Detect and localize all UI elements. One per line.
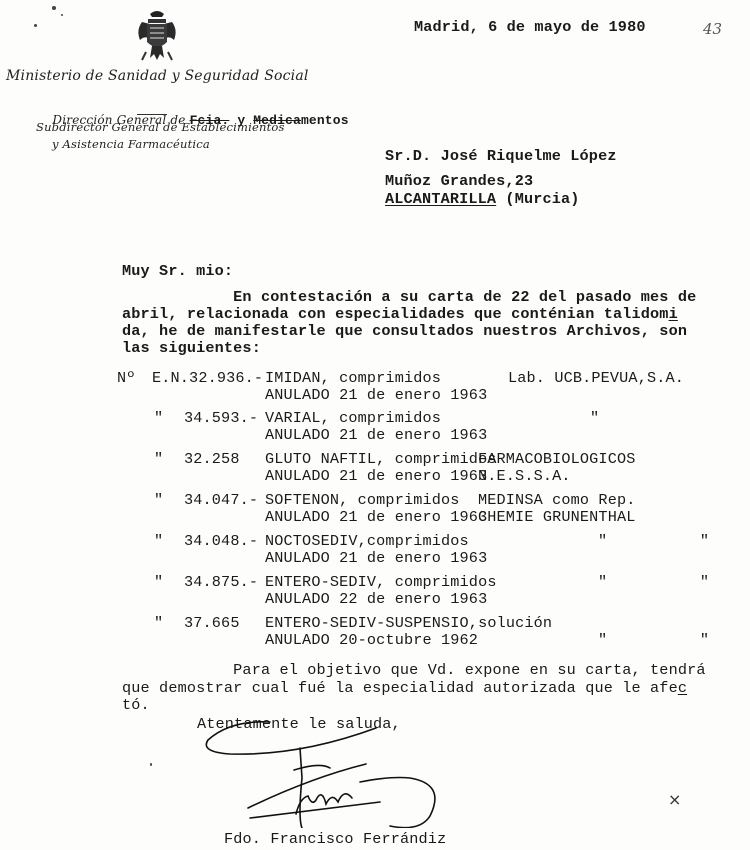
speck: [61, 14, 63, 16]
salutation: Muy Sr. mio:: [122, 263, 233, 280]
registry-status: ANULADO 22 de enero 1963: [265, 591, 487, 608]
ministry-name: Ministerio de Sanidad y Seguridad Social: [6, 68, 309, 84]
recipient-city-line: ALCANTARILLA (Murcia): [385, 191, 580, 208]
registry-product: GLUTO NAFTIL, comprimidos: [265, 451, 497, 468]
closing-line-1: Para el objetivo que Vd. expone en su ca…: [122, 662, 706, 679]
recipient-region: (Murcia): [496, 190, 579, 208]
registry-product: IMIDAN, comprimidos: [265, 370, 441, 387]
registry-status: ANULADO 21 de enero 1963: [265, 509, 487, 526]
registry-prefix: Nº: [117, 370, 136, 387]
registry-status: ANULADO 21 de enero 1963: [265, 387, 487, 404]
date-line: Madrid, 6 de mayo de 1980: [414, 19, 646, 36]
registry-lab-line-2: CHEMIE GRUNENTHAL: [478, 509, 636, 526]
recipient-street: Muñoz Grandes,23: [385, 173, 533, 190]
registry-product: ENTERO-SEDIV-SUSPENSIO,solución: [265, 615, 552, 632]
registry-number: 34.593.-: [184, 410, 258, 427]
registry-lab-line-2: " ": [598, 632, 709, 649]
speck: [150, 763, 152, 766]
intro-line-2-text: abril, relacionada con especialidades qu…: [122, 305, 669, 323]
registry-lab-line-2: N.E.S.S.A.: [478, 468, 571, 485]
ditto-mark: ": [154, 451, 163, 468]
speck: [52, 6, 56, 10]
closing-line-2: que demostrar cual fué la especialidad a…: [122, 680, 687, 697]
registry-status: ANULADO 21 de enero 1963: [265, 427, 487, 444]
registry-number: 37.665: [184, 615, 240, 632]
ditto-mark: ": [154, 492, 163, 509]
ditto-mark: ": [154, 615, 163, 632]
registry-lab-line-1: " ": [598, 574, 709, 591]
registry-status: ANULADO 21 de enero 1963: [265, 550, 487, 567]
ditto-mark: ": [154, 533, 163, 550]
registry-lab-line-1: MEDINSA como Rep.: [478, 492, 636, 509]
intro-line-4: las siguientes:: [122, 340, 261, 357]
registry-product: SOFTENON, comprimidos: [265, 492, 460, 509]
registry-number: 32.258: [184, 451, 240, 468]
registry-number: E.N.32.936.-: [152, 370, 263, 387]
direccion-typed-end: mentos: [301, 113, 349, 128]
intro-line-1: En contestación a su carta de 22 del pas…: [122, 289, 696, 306]
registry-number: 34.047.-: [184, 492, 258, 509]
speck: [34, 24, 37, 27]
handwritten-signature-icon: [190, 718, 460, 828]
registry-number: 34.048.-: [184, 533, 258, 550]
recipient-name: Sr.D. José Riquelme López: [385, 148, 617, 165]
recipient-city: ALCANTARILLA: [385, 190, 496, 208]
registry-status: ANULADO 20-octubre 1962: [265, 632, 478, 649]
closing-line-3: tó.: [122, 697, 150, 714]
registry-lab-line-1: " ": [598, 533, 709, 550]
signed-by: Fdo. Francisco Ferrándiz: [224, 831, 446, 848]
intro-line-2-underlined: i: [669, 305, 678, 323]
ditto-mark: ": [154, 410, 163, 427]
intro-line-2: abril, relacionada con especialidades qu…: [122, 306, 678, 323]
subdireccion-line1: Subdirector General de Establecimientos: [36, 120, 285, 134]
registry-lab-line-1: FARMACOBIOLOGICOS: [478, 451, 636, 468]
registry-status: ANULADO 21 de enero 1963: [265, 468, 487, 485]
registry-number: 34.875.-: [184, 574, 258, 591]
page-number-handwritten: 43: [703, 20, 722, 38]
margin-x-mark: ×: [668, 790, 681, 809]
intro-line-3: da, he de manifestarle que consultados n…: [122, 323, 687, 340]
letterhead-divider: [137, 114, 167, 115]
registry-product: NOCTOSEDIV,comprimidos: [265, 533, 469, 550]
closing-line-2-text: que demostrar cual fué la especialidad a…: [122, 679, 678, 697]
registry-product: ENTERO-SEDIV, comprimidos: [265, 574, 497, 591]
ditto-mark: ": [154, 574, 163, 591]
registry-lab-line-1: Lab. UCB.PEVUA,S.A.: [508, 370, 684, 387]
letter-page: Ministerio de Sanidad y Seguridad Social…: [0, 0, 750, 850]
registry-product: VARIAL, comprimidos: [265, 410, 441, 427]
coat-of-arms-icon: [132, 8, 182, 66]
subdireccion-line2: y Asistencia Farmacéutica: [52, 137, 210, 151]
closing-line-2-underlined: c: [678, 679, 687, 697]
registry-lab-line-1: ": [590, 410, 599, 427]
